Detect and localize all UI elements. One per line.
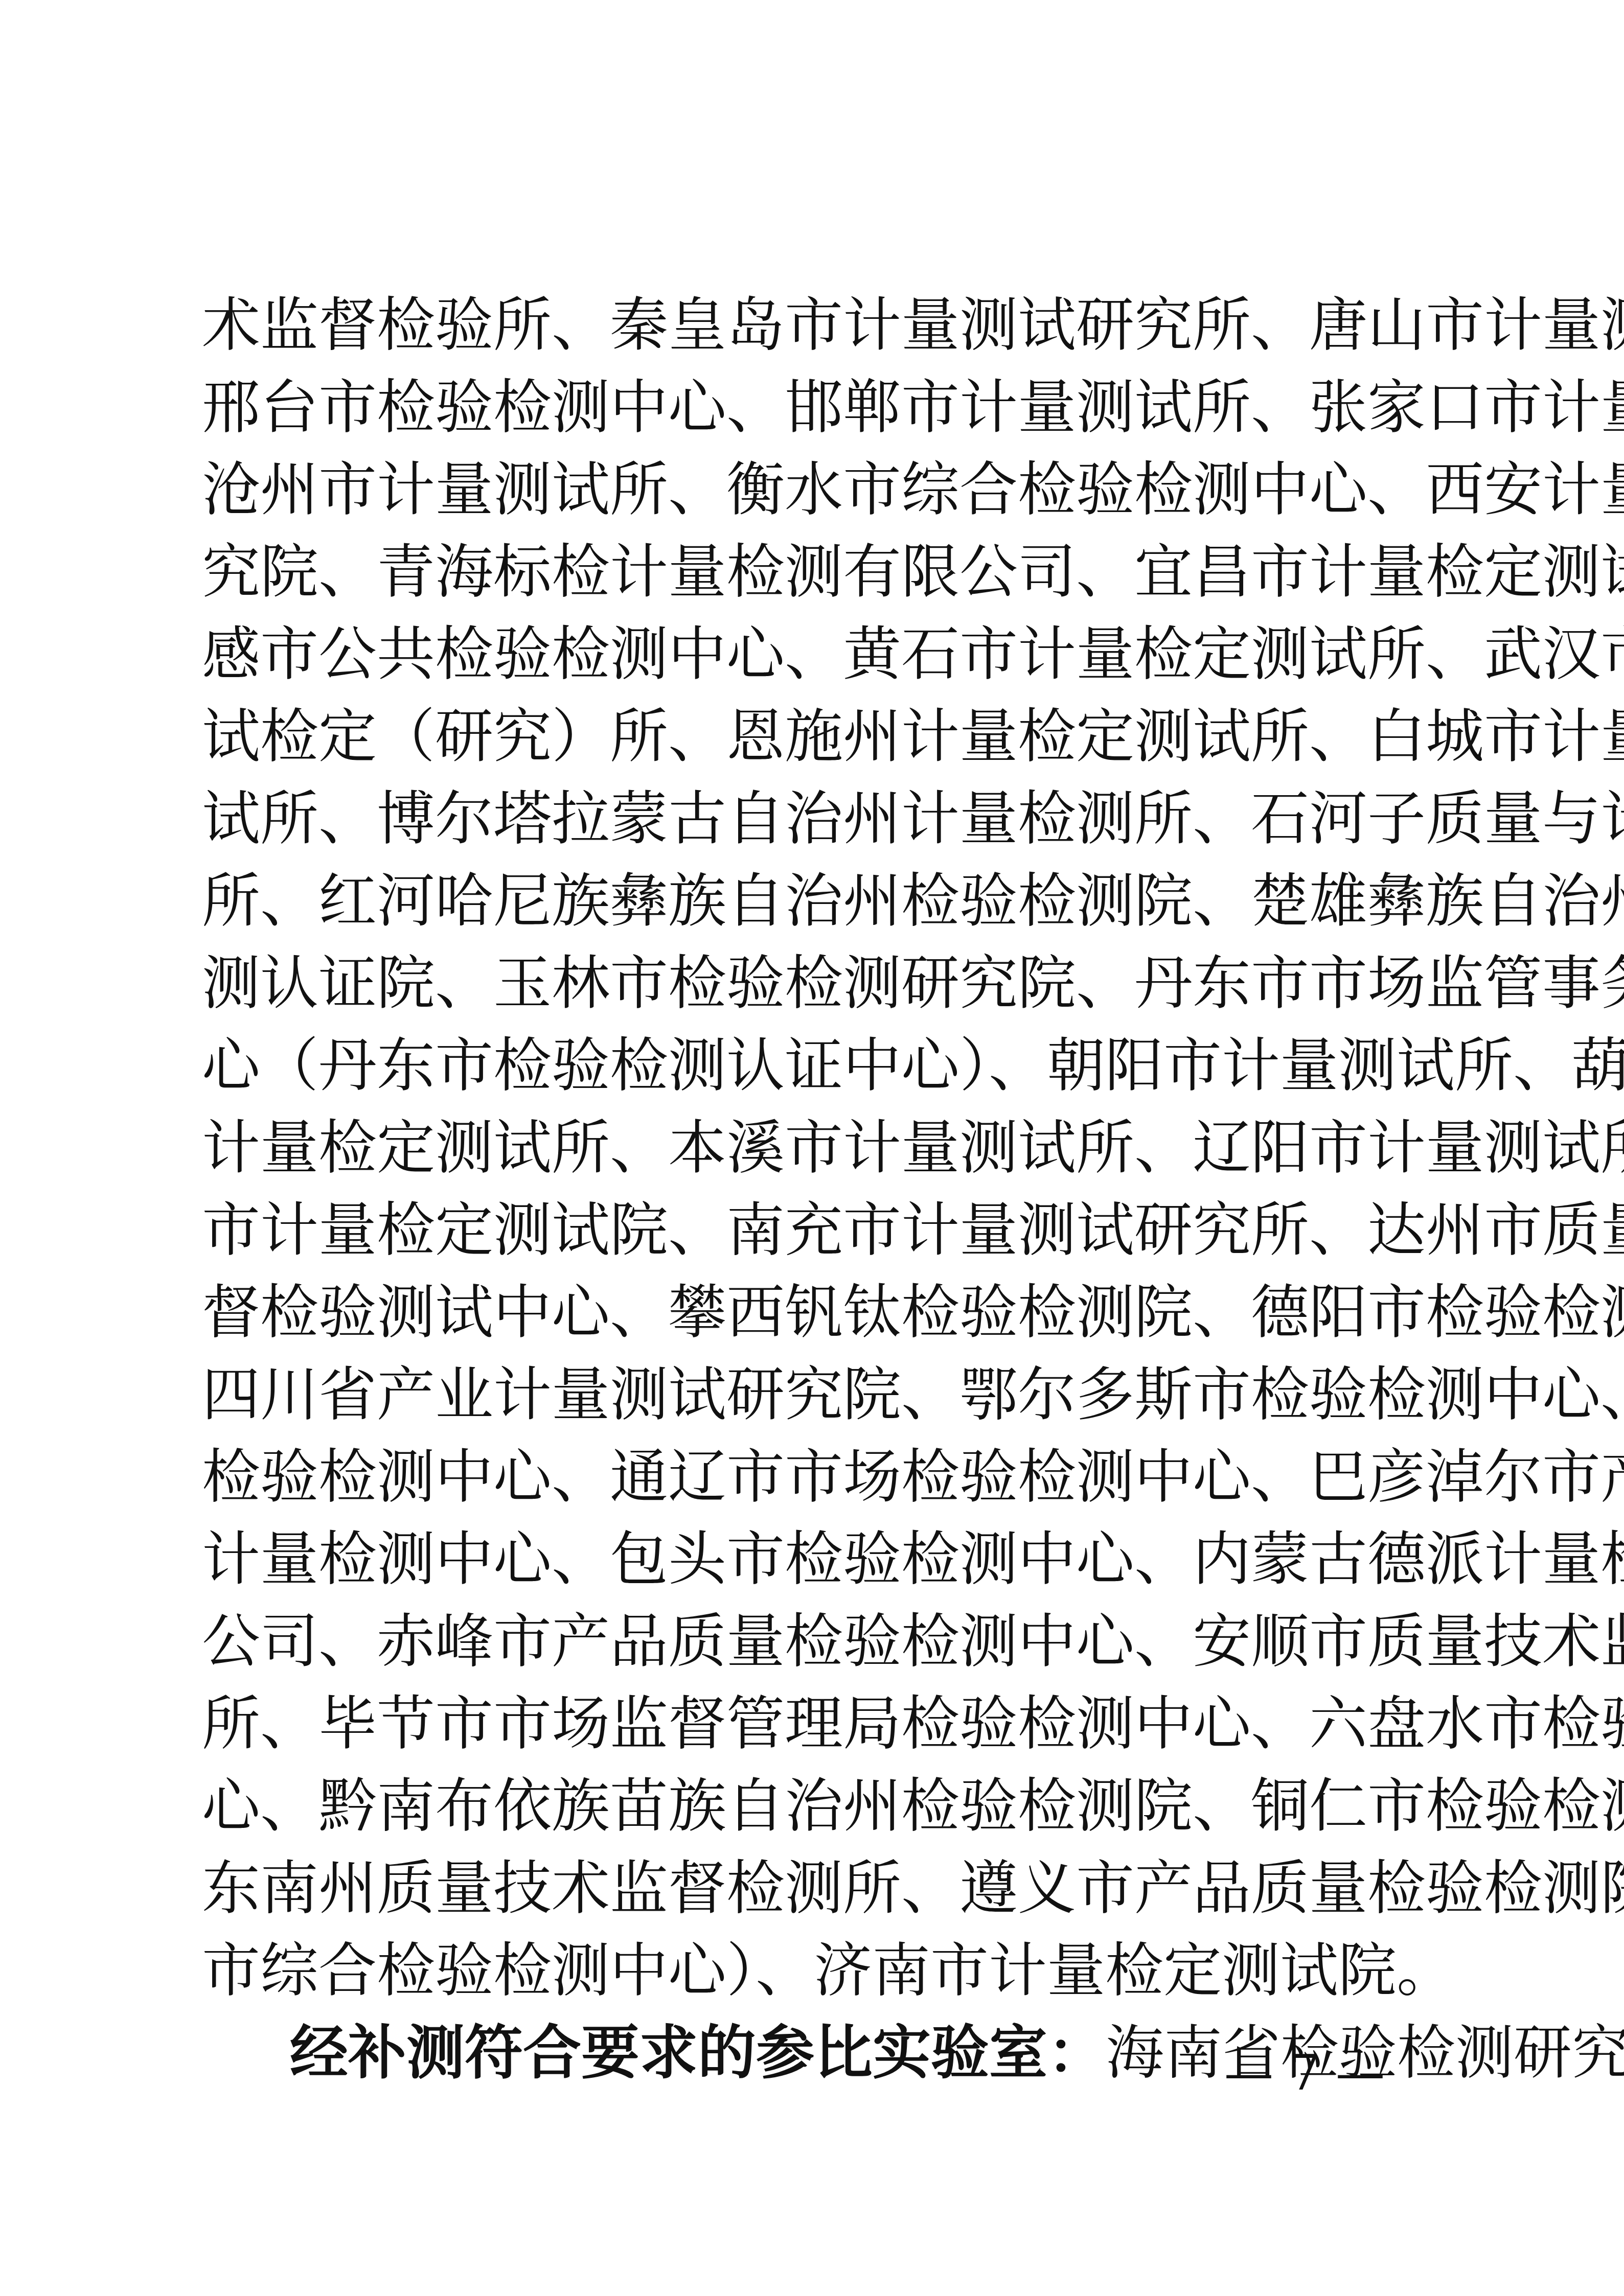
text-line: 试检定（研究）所、恩施州计量检定测试所、白城市计量检定测 [202,695,1439,777]
text-line: 四川省产业计量测试研究院、鄂尔多斯市检验检测中心、乌海市 [202,1353,1439,1435]
text-line: 公司、赤峰市产品质量检验检测中心、安顺市质量技术监督检测 [202,1600,1439,1682]
document-body: 术监督检验所、秦皇岛市计量测试研究所、唐山市计量测试所、 邢台市检验检测中心、邯… [202,284,1439,2094]
text-line: 督检验测试中心、攀西钒钛检验检测院、德阳市检验检测中心、 [202,1271,1439,1353]
text-line: 检验检测中心、通辽市市场检验检测中心、巴彦淖尔市产品质量 [202,1435,1439,1518]
text-line: 所、红河哈尼族彝族自治州检验检测院、楚雄彝族自治州检验检 [202,860,1439,942]
text-line: 心（丹东市检验检测认证中心）、朝阳市计量测试所、葫芦岛市 [202,1024,1439,1106]
text-line: 所、毕节市市场监督管理局检验检测中心、六盘水市检验检测中 [202,1682,1439,1765]
text-line: 心、黔南布依族苗族自治州检验检测院、铜仁市检验检测院、黔 [202,1765,1439,1847]
text-line: 究院、青海标检计量检测有限公司、宜昌市计量检定测试所、孝 [202,530,1439,613]
text-line: 邢台市检验检测中心、邯郸市计量测试所、张家口市计量测试所、 [202,366,1439,448]
paragraph-heading: 经补测符合要求的参比实验室： [290,2019,1106,2086]
text-line: 测认证院、玉林市检验检测研究院、丹东市市场监管事务服务中 [202,942,1439,1024]
text-line: 计量检定测试所、本溪市计量测试所、辽阳市计量测试所、成都 [202,1106,1439,1189]
text-line: 市综合检验检测中心）、济南市计量检定测试院。 [202,1929,1439,2011]
text-line: 东南州质量技术监督检测所、遵义市产品质量检验检测院（遵义 [202,1847,1439,1929]
text-line: 感市公共检验检测中心、黄石市计量检定测试所、武汉市计量测 [202,613,1439,695]
text-line: 计量检测中心、包头市检验检测中心、内蒙古德派计量检测有限 [202,1518,1439,1600]
paragraph-lab-list: 术监督检验所、秦皇岛市计量测试研究所、唐山市计量测试所、 邢台市检验检测中心、邯… [202,284,1439,2011]
text-line: 沧州市计量测试所、衡水市综合检验检测中心、西安计量技术研 [202,448,1439,530]
text-line: 市计量检定测试院、南充市计量测试研究所、达州市质量技术监 [202,1189,1439,1271]
text-line: 术监督检验所、秦皇岛市计量测试研究所、唐山市计量测试所、 [202,284,1439,366]
page-number: — 7 — [1224,2044,1385,2101]
text-line: 试所、博尔塔拉蒙古自治州计量检测所、石河子质量与计量检测 [202,777,1439,860]
